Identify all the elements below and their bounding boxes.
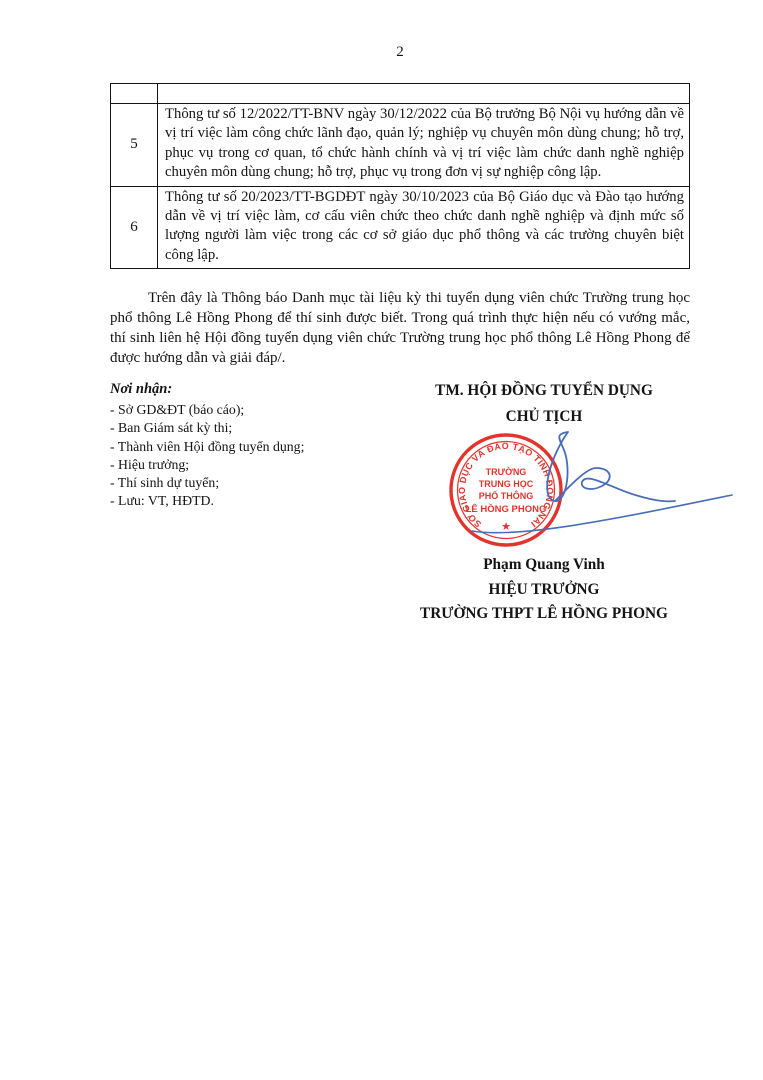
recipient-item: - Ban Giám sát kỳ thi; — [110, 419, 375, 437]
signer-block: Phạm Quang Vinh HIỆU TRƯỞNG TRƯỜNG THPT … — [383, 553, 705, 627]
signature-underline — [472, 495, 732, 533]
table-cell-text: Thông tư số 12/2022/TT-BNV ngày 30/12/20… — [158, 104, 690, 187]
on-behalf-line: TM. HỘI ĐỒNG TUYỂN DỤNG — [383, 378, 705, 404]
recipients-block: Nơi nhận: - Sở GD&ĐT (báo cáo); - Ban Gi… — [110, 381, 375, 511]
signer-org: TRƯỜNG THPT LÊ HỒNG PHONG — [383, 602, 705, 627]
recipient-item: - Thí sinh dự tuyển; — [110, 474, 375, 492]
signer-title: HIỆU TRƯỞNG — [383, 578, 705, 603]
recipient-item: - Sở GD&ĐT (báo cáo); — [110, 401, 375, 419]
closing-paragraph: Trên đây là Thông báo Danh mục tài liệu … — [110, 288, 690, 368]
document-table: 5 Thông tư số 12/2022/TT-BNV ngày 30/12/… — [110, 83, 690, 269]
table-row: 6 Thông tư số 20/2023/TT-BGDĐT ngày 30/1… — [111, 186, 690, 269]
signer-name: Phạm Quang Vinh — [383, 553, 705, 578]
table-cell-number: 6 — [111, 186, 158, 269]
table-row — [111, 84, 690, 104]
recipient-item: - Lưu: VT, HĐTD. — [110, 492, 375, 510]
table-cell-number: 5 — [111, 104, 158, 187]
table-row: 5 Thông tư số 12/2022/TT-BNV ngày 30/12/… — [111, 104, 690, 187]
page-number: 2 — [110, 44, 690, 61]
table-cell-text — [158, 84, 690, 104]
recipients-label: Nơi nhận: — [110, 381, 375, 398]
recipient-item: - Hiệu trưởng; — [110, 456, 375, 474]
signature-ink — [440, 418, 740, 540]
signature-flourish — [556, 468, 675, 501]
table-cell-text: Thông tư số 20/2023/TT-BGDĐT ngày 30/10/… — [158, 186, 690, 269]
recipient-item: - Thành viên Hội đồng tuyển dụng; — [110, 438, 375, 456]
table-cell-number — [111, 84, 158, 104]
document-page: 2 5 Thông tư số 12/2022/TT-BNV ngày 30/1… — [0, 0, 763, 1080]
